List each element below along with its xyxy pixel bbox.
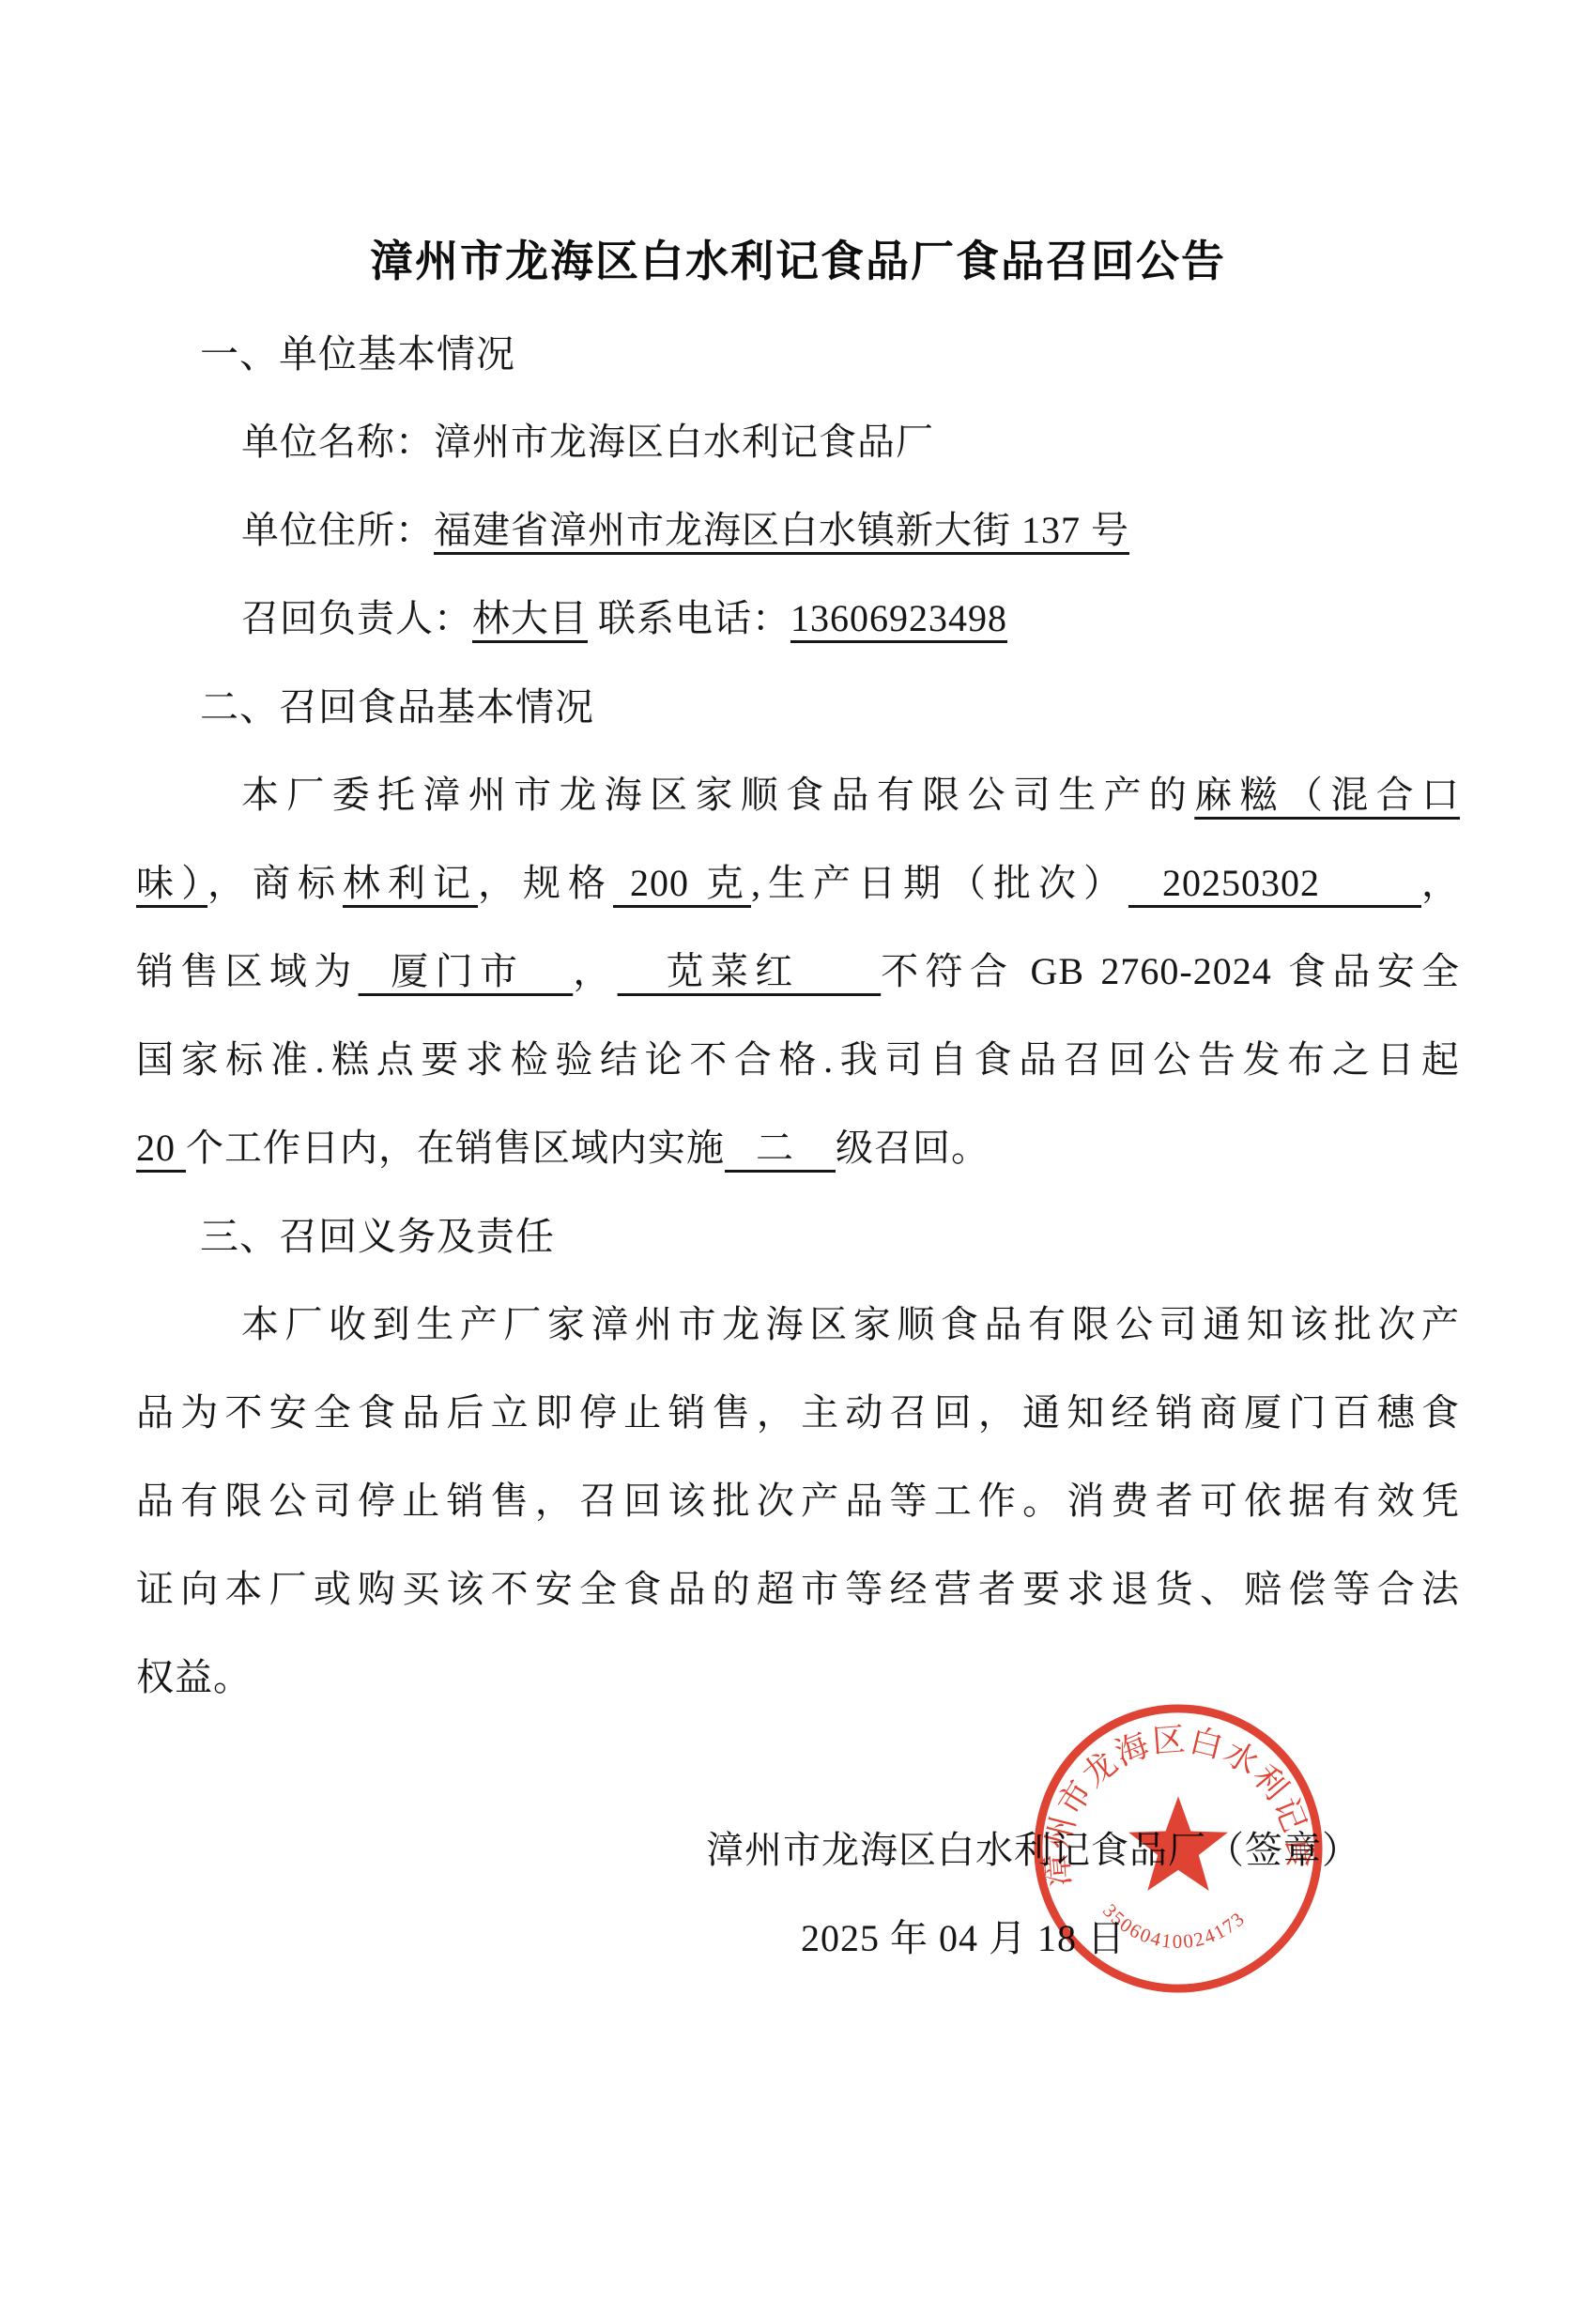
- unit-address-line: 单位住所：福建省漳州市龙海区白水镇新大街 137 号: [136, 486, 1460, 575]
- duty-paragraph-line: 证向本厂或购买该不安全食品的超市等经营者要求退货、赔偿等合法: [136, 1545, 1460, 1634]
- section-heading-1: 一、单位基本情况: [136, 310, 1460, 398]
- unit-name-line: 单位名称：漳州市龙海区白水利记食品厂: [136, 398, 1460, 486]
- section-heading-2: 二、召回食品基本情况: [136, 663, 1460, 751]
- section-heading-3: 三、召回义务及责任: [136, 1192, 1460, 1281]
- seal-serial-number: 35060410024173: [1098, 1899, 1250, 1953]
- official-seal-stamp: 漳州市龙海区白水利记食品厂（批发） 35060410024173: [1029, 1699, 1327, 1998]
- document-title: 漳州市龙海区白水利记食品厂食品召回公告: [136, 214, 1460, 310]
- duty-paragraph-line: 本厂收到生产厂家漳州市龙海区家顺食品有限公司通知该批次产: [136, 1281, 1460, 1369]
- recall-paragraph-line: 国家标准.糕点要求检验结论不合格.我司自食品召回公告发布之日起: [136, 1016, 1460, 1104]
- duty-paragraph-line: 品有限公司停止销售，召回该批次产品等工作。消费者可依据有效凭: [136, 1457, 1460, 1545]
- recall-contact-line: 召回负责人：林大目 联系电话：13606923498: [136, 575, 1460, 663]
- seal-star-icon: [1128, 1796, 1228, 1891]
- recall-paragraph-line: 本厂委托漳州市龙海区家顺食品有限公司生产的麻糍（混合口: [136, 751, 1460, 839]
- recall-paragraph-line: 味），商标林利记，规格 200 克,生产日期（批次） 20250302 ，: [136, 839, 1460, 928]
- document-page: 漳州市龙海区白水利记食品厂食品召回公告 一、单位基本情况单位名称：漳州市龙海区白…: [0, 0, 1596, 2317]
- recall-paragraph-line: 销售区域为 厦门市 ， 苋菜红 不符合 GB 2760-2024 食品安全: [136, 928, 1460, 1016]
- recall-paragraph-line: 20 个工作日内，在销售区域内实施 二 级召回。: [136, 1104, 1460, 1192]
- duty-paragraph-line: 品为不安全食品后立即停止销售，主动召回，通知经销商厦门百穗食: [136, 1369, 1460, 1457]
